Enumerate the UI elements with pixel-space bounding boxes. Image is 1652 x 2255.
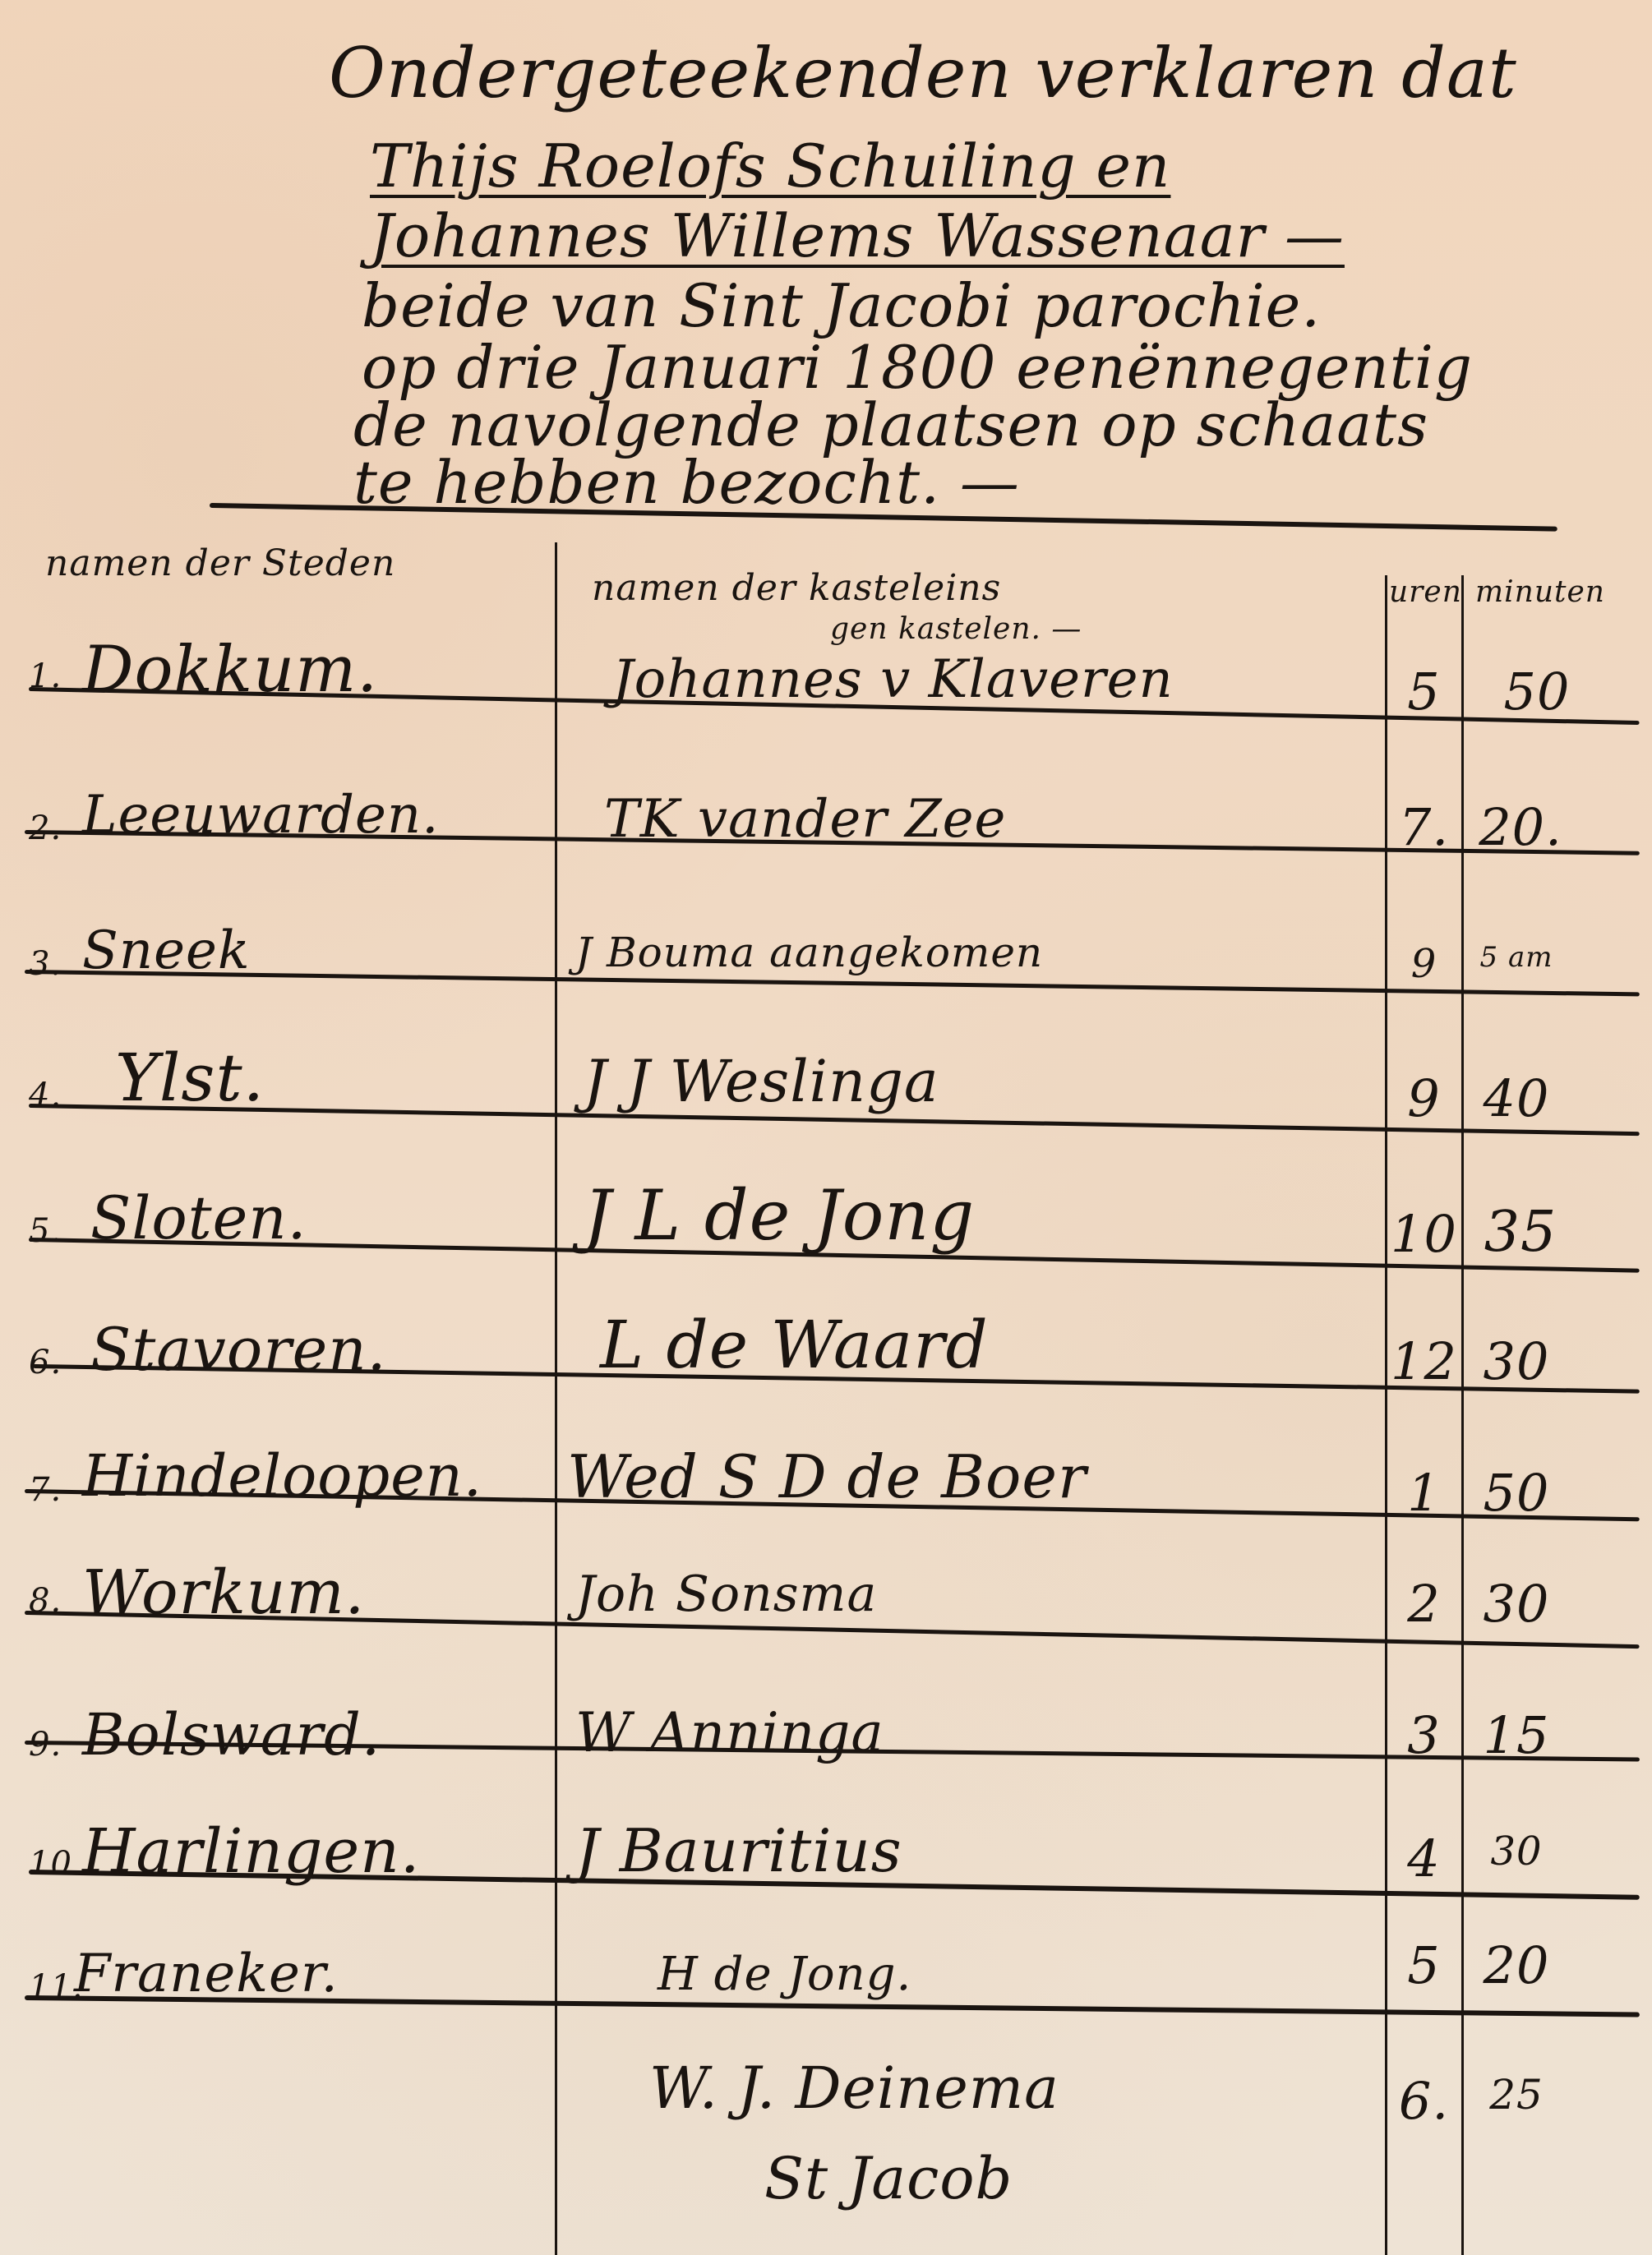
hours-value: 10 [1389,1204,1459,1264]
header-hours: uren [1389,575,1462,609]
header-city: namen der Steden [45,542,395,584]
hours-value: 2 [1389,1574,1459,1634]
keeper-name: L de Waard [600,1307,989,1383]
keeper-name: J Bouma aangekomen [575,929,1043,976]
row-number: 5. [29,1212,62,1250]
header-keeper: namen der kasteleins [592,567,1001,609]
keeper-name: J L de Jong [584,1175,975,1256]
column-divider-keeper-hours [1385,575,1387,2255]
minutes-value: 30 [1471,1828,1562,1875]
row-number: 3. [29,945,62,983]
column-divider-city-keeper [555,542,557,2255]
header-keeper-sub: gen kastelen. — [830,612,1082,646]
city-name: Ylst. [115,1040,265,1116]
hours-value: 6. [1389,2071,1459,2131]
row-number: 10. [29,1845,84,1883]
keeper-name: J Bauritius [575,1816,902,1885]
declaration-line-2: Thijs Roelofs Schuiling en [370,131,1170,201]
keeper-location: St Jacob [764,2145,1013,2212]
hours-value: 12 [1389,1331,1459,1391]
hours-value: 5 [1389,662,1459,722]
header-minutes: minuten [1475,575,1605,609]
minutes-value: 50 [1471,662,1603,722]
row-number: 6. [29,1344,62,1381]
hours-value: 4 [1389,1828,1459,1888]
declaration-line-1: Ondergeteekenden verklaren dat [329,33,1517,113]
row-number: 2. [29,809,62,847]
keeper-name: J J Weslinga [584,1048,939,1115]
declaration-line-4: beide van Sint Jacobi parochie. [362,271,1321,340]
hours-value: 9 [1389,1068,1459,1128]
hours-value: 5 [1389,1935,1459,1995]
minutes-value: 5 am [1471,941,1562,974]
minutes-value: 30 [1471,1574,1562,1634]
minutes-value: 30 [1471,1331,1562,1391]
minutes-value: 35 [1471,1200,1570,1265]
minutes-value: 25 [1471,2071,1562,2119]
minutes-value: 40 [1471,1068,1562,1128]
keeper-name: W Anninga [575,1701,884,1764]
keeper-name: H de Jong. [658,1948,911,2001]
city-name: Bolsward. [82,1701,381,1768]
minutes-value: 20 [1471,1935,1562,1995]
row-number: 4. [29,1077,62,1114]
keeper-name: W. J. Deinema [649,2054,1059,2122]
keeper-name: Joh Sonsma [575,1566,877,1623]
column-divider-hours-minutes [1461,575,1464,2255]
city-name: Stavoren. [90,1315,387,1384]
declaration-line-3: Johannes Willems Wassenaar — [370,201,1345,270]
hours-value: 9 [1389,941,1459,987]
city-name: Franeker. [74,1944,339,2004]
minutes-value: 20. [1471,797,1570,857]
